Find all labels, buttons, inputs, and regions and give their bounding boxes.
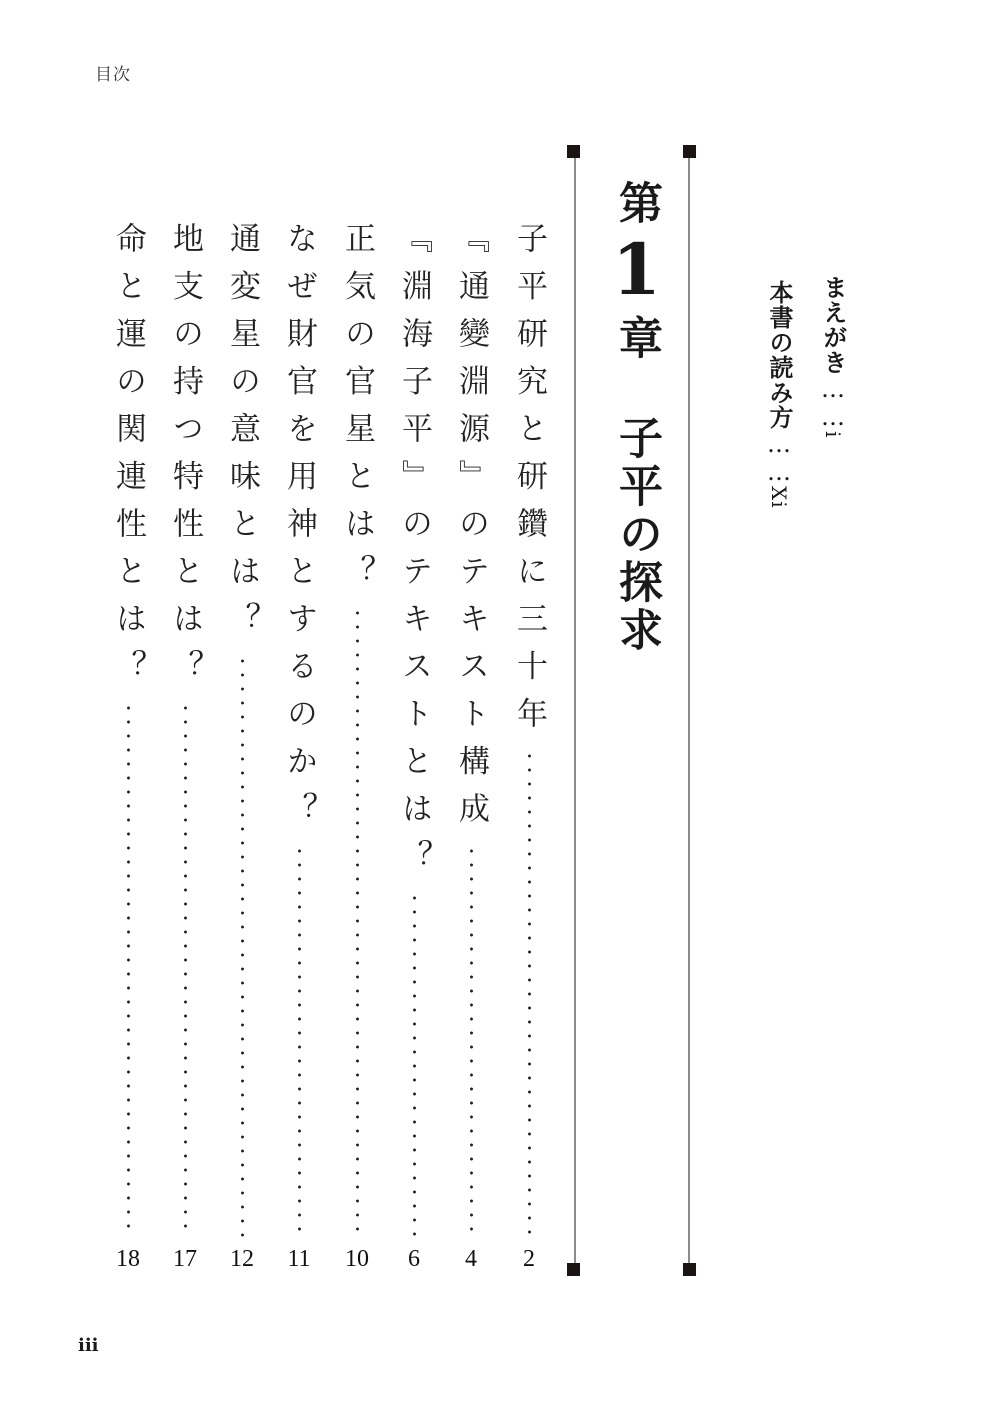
front-matter-page: i	[821, 431, 845, 438]
rule-marker-top-right	[683, 145, 696, 158]
toc-entry[interactable]: 『淵海子平』のテキストとは？	[394, 222, 434, 1238]
toc-entry-title: 子平研究と研鑽に三十年	[509, 222, 549, 745]
toc-entry[interactable]: なぜ財官を用神とするのか？	[279, 222, 319, 1238]
chapter-title: 子平の探求	[611, 415, 662, 655]
toc-entry-title: 通変星の意味とは？	[222, 222, 262, 650]
chapter-suffix: 章	[611, 315, 662, 363]
toc-entry-page: 12	[212, 1246, 272, 1273]
leader-dots	[127, 701, 130, 1238]
toc-entry-title: 命と運の関連性とは？	[108, 222, 148, 697]
leader-dots	[184, 701, 187, 1238]
toc-entry-page: 18	[98, 1246, 158, 1273]
rule-marker-bottom-right	[683, 1263, 696, 1276]
toc-entry[interactable]: 地支の持つ特性とは？	[165, 222, 205, 1238]
page-folio: iii	[78, 1335, 99, 1356]
toc-entry-page: 17	[155, 1246, 215, 1273]
toc-entry-page: 4	[441, 1246, 501, 1273]
toc-entry[interactable]: 正気の官星とは？	[337, 222, 377, 1238]
leader-dots: ……	[819, 375, 847, 431]
toc-entry-title: 『通變淵源』のテキスト構成	[451, 222, 491, 840]
leader-dots	[298, 844, 301, 1239]
front-matter-page: Xi	[767, 486, 791, 509]
chapter-prefix: 第	[611, 180, 662, 228]
toc-entry-title: 正気の官星とは？	[337, 222, 377, 602]
toc-entry[interactable]: 『通變淵源』のテキスト構成	[451, 222, 491, 1238]
toc-entry-page: 10	[327, 1246, 387, 1273]
leader-dots	[528, 749, 531, 1239]
toc-entry-title: 地支の持つ特性とは？	[165, 222, 205, 697]
leader-dots: ……	[765, 430, 793, 486]
vertical-rule-right	[688, 158, 690, 1266]
toc-entry-title: なぜ財官を用神とするのか？	[279, 222, 319, 840]
front-matter-item-how-to-read[interactable]: 本書の読み方……Xi	[762, 280, 797, 509]
toc-entry[interactable]: 子平研究と研鑽に三十年	[509, 222, 549, 1238]
toc-entry-page: 11	[269, 1246, 329, 1273]
rule-marker-bottom-left	[567, 1263, 580, 1276]
front-matter-title: まえがき	[819, 275, 848, 375]
chapter-number: 1	[608, 228, 664, 315]
rule-marker-top-left	[567, 145, 580, 158]
running-head: 目次	[95, 60, 131, 85]
leader-dots	[470, 844, 473, 1239]
toc-entry-page: 6	[384, 1246, 444, 1273]
toc-entry[interactable]: 通変星の意味とは？	[222, 222, 262, 1238]
toc-entry-page: 2	[499, 1246, 559, 1273]
vertical-rule-left	[574, 158, 576, 1266]
leader-dots	[241, 654, 244, 1239]
chapter-heading[interactable]: 第1章子平の探求	[608, 180, 664, 655]
leader-dots	[413, 891, 416, 1238]
toc-entry-title: 『淵海子平』のテキストとは？	[394, 222, 434, 887]
toc-entry[interactable]: 命と運の関連性とは？	[108, 222, 148, 1238]
front-matter-item-preface[interactable]: まえがき……i	[816, 275, 851, 438]
front-matter-title: 本書の読み方	[765, 280, 794, 430]
leader-dots	[356, 606, 359, 1238]
